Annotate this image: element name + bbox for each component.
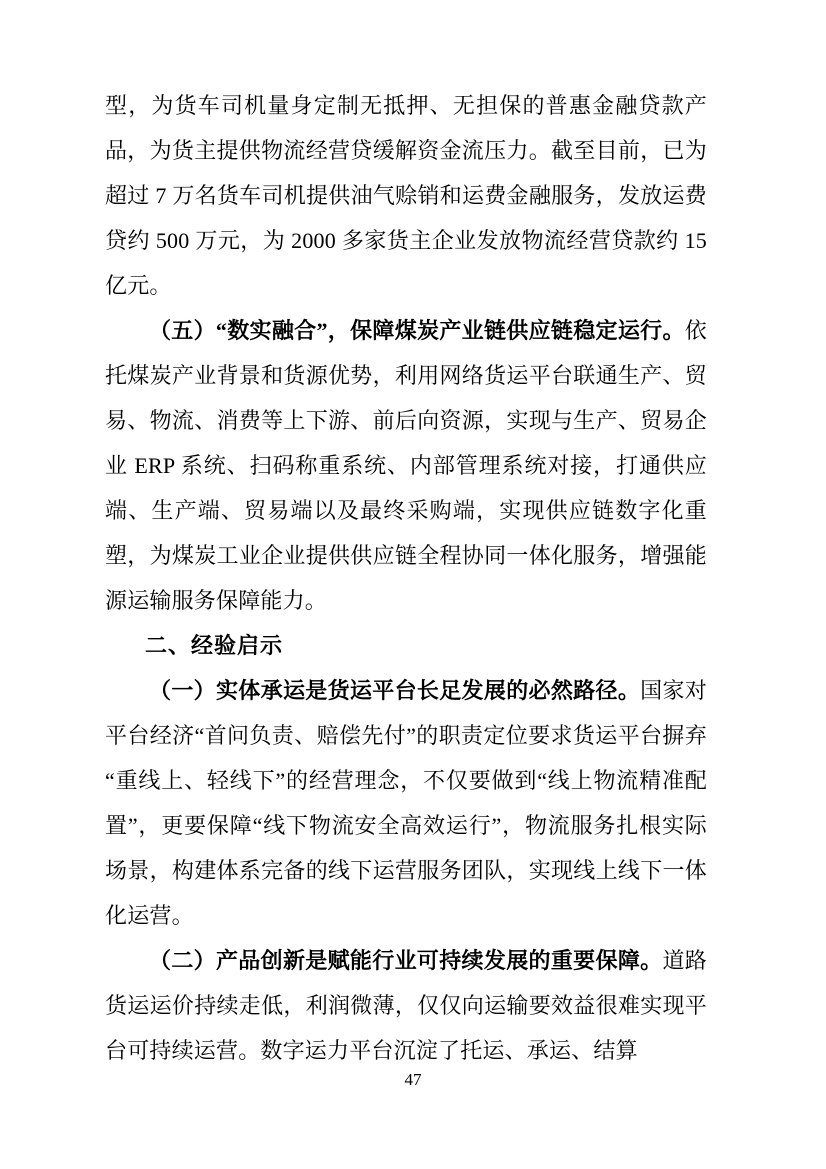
paragraph-item-2: （二）产品创新是赋能行业可持续发展的重要保障。道路货运运价持续走低，利润微薄，仅…: [105, 938, 707, 1073]
paragraph-continuation: 型，为货车司机量身定制无抵押、无担保的普惠金融贷款产品，为货主提供物流经营贷缓解…: [105, 83, 707, 308]
document-body: 型，为货车司机量身定制无抵押、无担保的普惠金融贷款产品，为货主提供物流经营贷缓解…: [105, 83, 707, 1073]
document-page: 型，为货车司机量身定制无抵押、无担保的普惠金融贷款产品，为货主提供物流经营贷缓解…: [0, 0, 826, 1169]
section-5-lead: （五）“数实融合”，保障煤炭产业链供应链稳定运行。: [149, 318, 685, 343]
item-1-lead: （一）实体承运是货运平台长足发展的必然路径。: [149, 678, 640, 703]
section-5-text: 依托煤炭产业背景和货源优势，利用网络货运平台联通生产、贸易、物流、消费等上下游、…: [105, 318, 707, 613]
paragraph-section-5: （五）“数实融合”，保障煤炭产业链供应链稳定运行。依托煤炭产业背景和货源优势，利…: [105, 308, 707, 623]
page-footer: 47: [0, 1070, 826, 1100]
paragraph-continuation-text: 型，为货车司机量身定制无抵押、无担保的普惠金融贷款产品，为货主提供物流经营贷缓解…: [105, 93, 707, 298]
item-1-text: 国家对平台经济“首问负责、赔偿先付”的职责定位要求货运平台摒弃“重线上、轻线下”…: [105, 678, 707, 928]
item-2-lead: （二）产品创新是赋能行业可持续发展的重要保障。: [149, 948, 662, 973]
page-number: 47: [405, 1070, 422, 1089]
paragraph-item-1: （一）实体承运是货运平台长足发展的必然路径。国家对平台经济“首问负责、赔偿先付”…: [105, 668, 707, 938]
section-heading-experience: 二、经验启示: [105, 623, 707, 668]
